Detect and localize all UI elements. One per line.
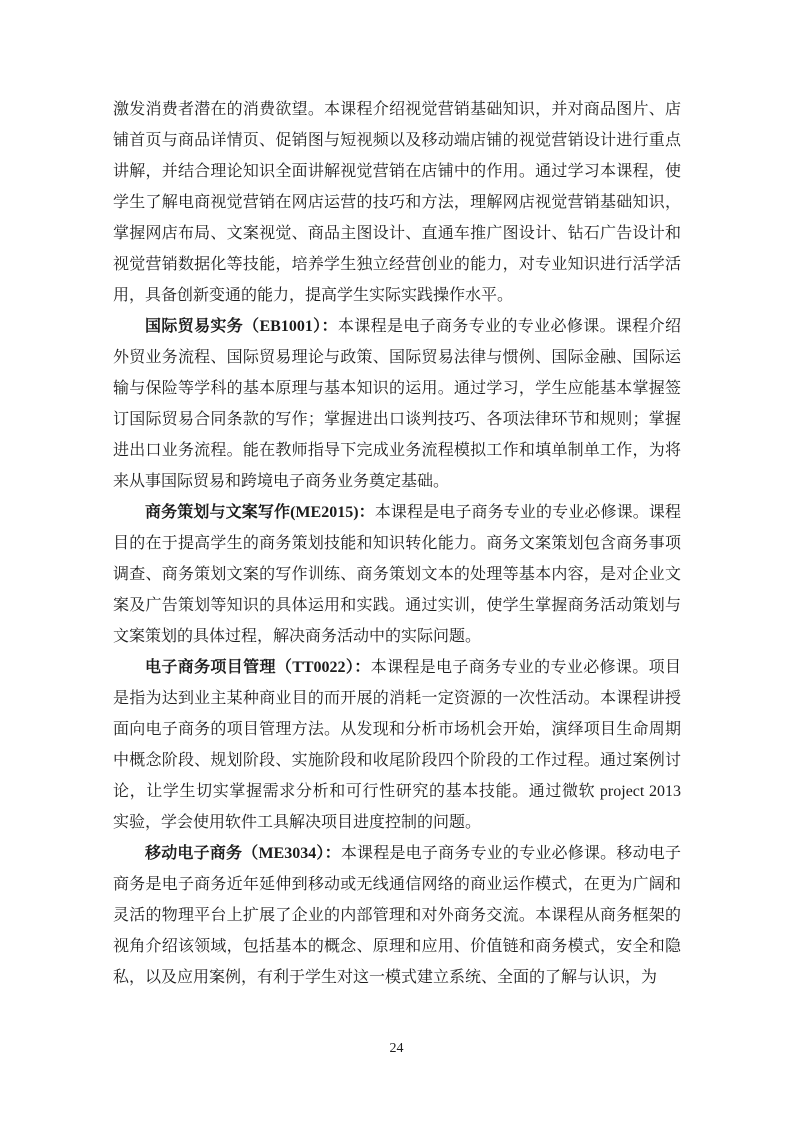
document-page: 激发消费者潜在的消费欲望。本课程介绍视觉营销基础知识，并对商品图片、店铺首页与商… [0, 0, 793, 1122]
page-number: 24 [0, 1040, 793, 1058]
paragraph-text: 本课程是电子商务专业的专业必修课。移动电子商务是电子商务近年延伸到移动或无线通信… [113, 845, 681, 986]
course-heading: 商务策划与文案写作(ME2015)： [145, 504, 375, 521]
course-paragraph-eb1001: 国际贸易实务（EB1001）：本课程是电子商务专业的专业必修课。课程介绍外贸业务… [113, 311, 681, 497]
course-heading: 移动电子商务（ME3034）： [145, 845, 341, 862]
paragraph-text: 激发消费者潜在的消费欲望。本课程介绍视觉营销基础知识，并对商品图片、店铺首页与商… [113, 101, 681, 304]
paragraph-text: 本课程是电子商务专业的专业必修课。课程目的在于提高学生的商务策划技能和知识转化能… [113, 504, 681, 645]
document-body: 激发消费者潜在的消费欲望。本课程介绍视觉营销基础知识，并对商品图片、店铺首页与商… [113, 94, 681, 993]
course-heading: 国际贸易实务（EB1001）： [145, 318, 338, 335]
course-heading: 电子商务项目管理（TT0022）： [145, 659, 371, 676]
course-paragraph-me3034: 移动电子商务（ME3034）：本课程是电子商务专业的专业必修课。移动电子商务是电… [113, 838, 681, 993]
course-paragraph-me2015: 商务策划与文案写作(ME2015)：本课程是电子商务专业的专业必修课。课程目的在… [113, 497, 681, 652]
course-paragraph-tt0022: 电子商务项目管理（TT0022）：本课程是电子商务专业的专业必修课。项目是指为达… [113, 652, 681, 838]
paragraph-text: 本课程是电子商务专业的专业必修课。课程介绍外贸业务流程、国际贸易理论与政策、国际… [113, 318, 681, 490]
paragraph-continuation: 激发消费者潜在的消费欲望。本课程介绍视觉营销基础知识，并对商品图片、店铺首页与商… [113, 94, 681, 311]
paragraph-text: 本课程是电子商务专业的专业必修课。项目是指为达到业主某种商业目的而开展的消耗一定… [113, 659, 681, 831]
